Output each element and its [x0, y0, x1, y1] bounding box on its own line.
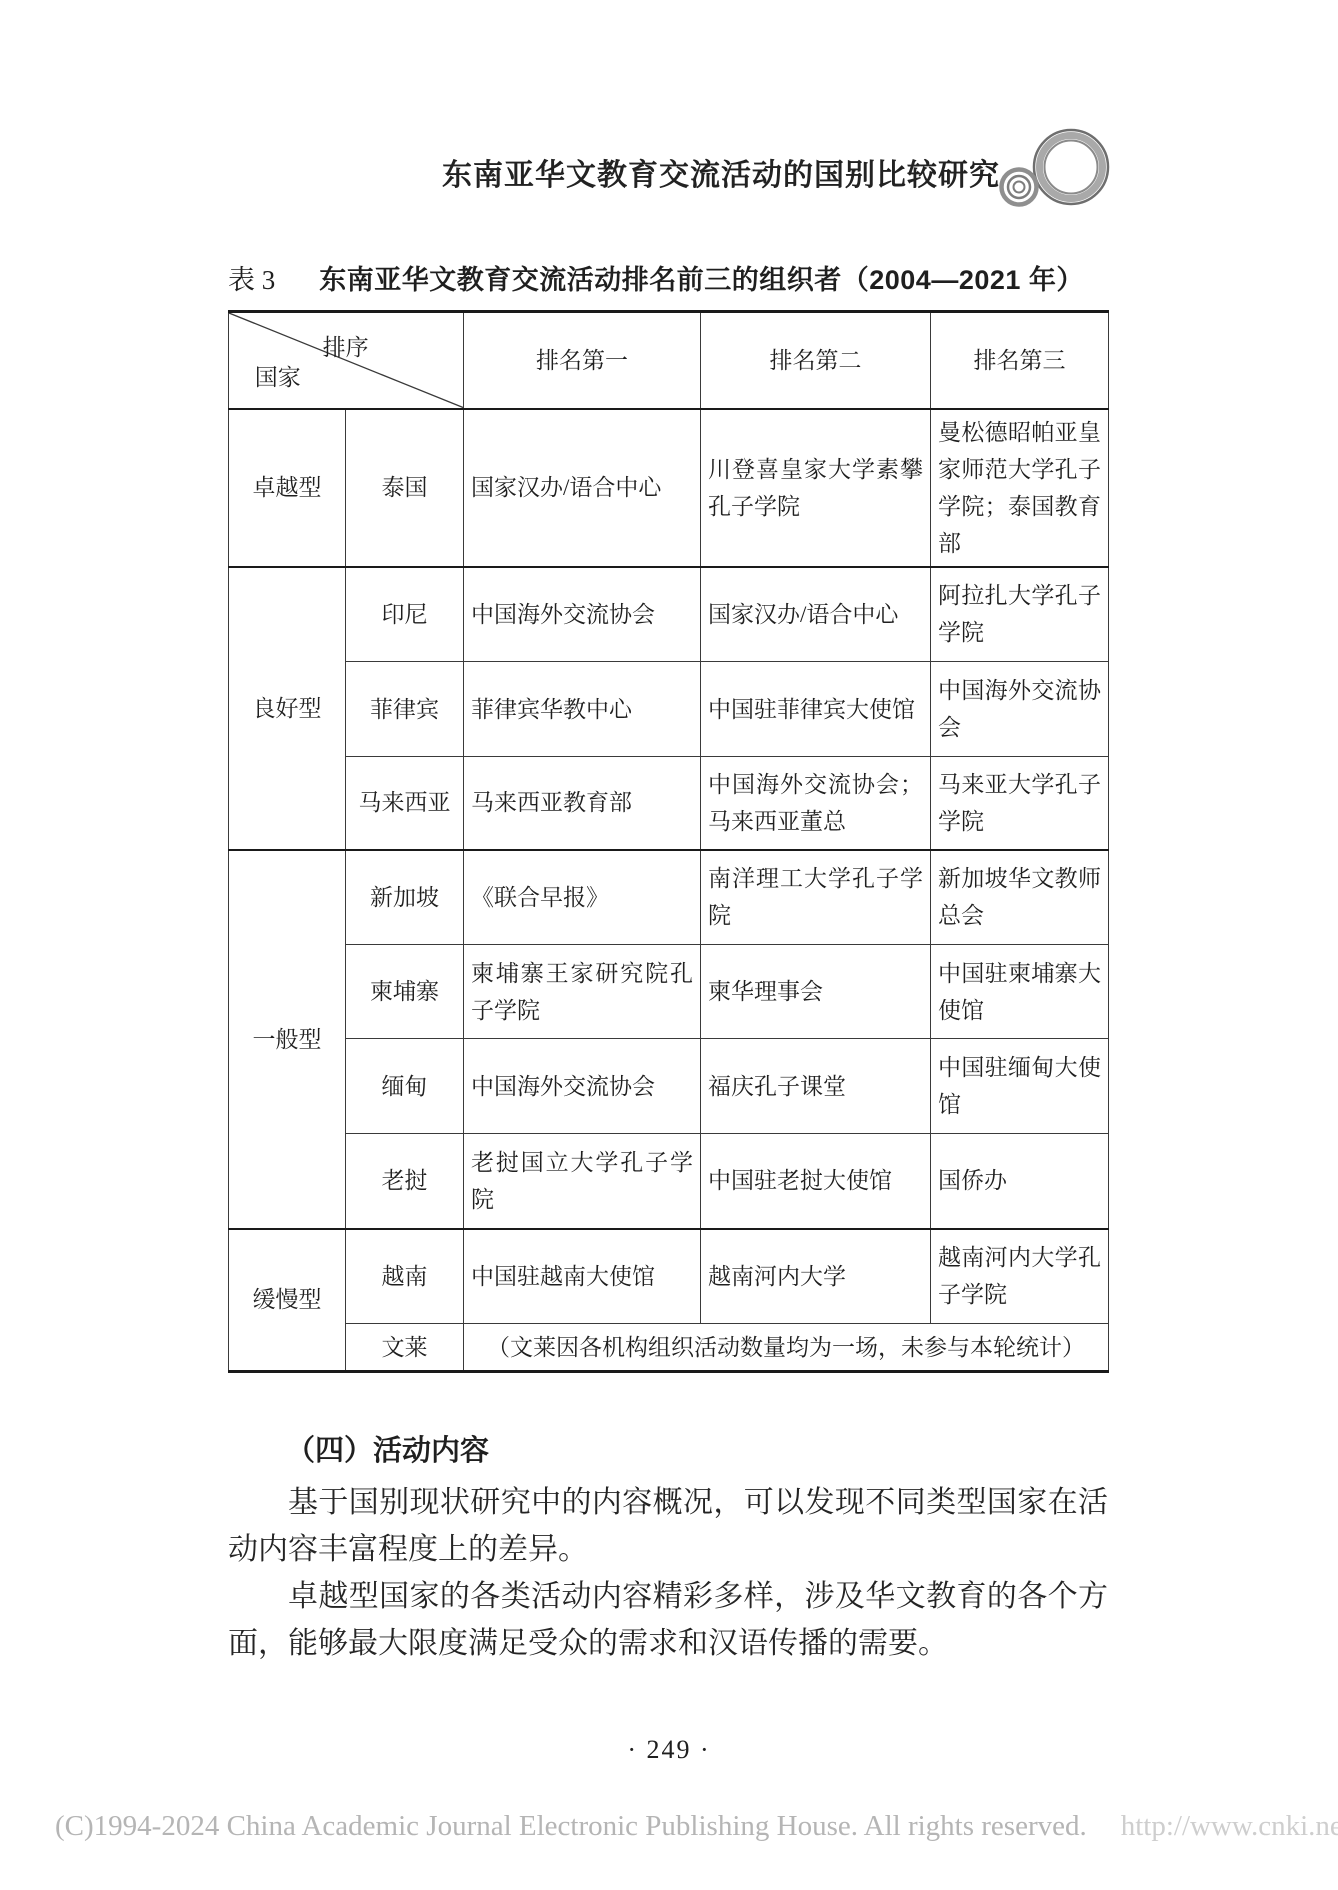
organizers-table: 排序 国家 排名第一 排名第二 排名第三 卓越型 泰国 国家汉办/语合中心 川登… — [228, 310, 1109, 1373]
corner-top-label: 排序 — [323, 329, 369, 366]
table-caption-title: 东南亚华文教育交流活动排名前三的组织者（2004—2021 年） — [319, 265, 1084, 295]
copyright-text: (C)1994-2024 China Academic Journal Elec… — [55, 1810, 1087, 1842]
rank-cell: 中国驻菲律宾大使馆 — [701, 662, 931, 757]
rings-logo-icon — [982, 110, 1114, 223]
country-cell: 越南 — [346, 1229, 464, 1324]
country-cell: 泰国 — [346, 409, 464, 567]
table-caption-label: 表 3 — [228, 265, 275, 295]
footer-url: http://www.cnki.net — [1121, 1810, 1338, 1842]
category-cell: 良好型 — [229, 567, 346, 850]
rank-cell: 国侨办 — [931, 1134, 1109, 1229]
corner-header-cell: 排序 国家 — [229, 312, 464, 409]
rank-cell: 福庆孔子课堂 — [701, 1039, 931, 1134]
rank-cell: 菲律宾华教中心 — [464, 662, 701, 757]
rank-cell: 中国驻柬埔寨大使馆 — [931, 945, 1109, 1039]
rank-cell: 中国海外交流协会 — [931, 662, 1109, 757]
country-cell: 老挝 — [346, 1134, 464, 1229]
country-cell: 文莱 — [346, 1324, 464, 1372]
category-cell: 卓越型 — [229, 409, 346, 567]
rank-cell: 马来亚大学孔子学院 — [931, 757, 1109, 850]
country-cell: 柬埔寨 — [346, 945, 464, 1039]
column-header-rank3: 排名第三 — [931, 312, 1109, 409]
rank-cell: 国家汉办/语合中心 — [701, 567, 931, 662]
rank-cell: 曼松德昭帕亚皇家师范大学孔子学院；泰国教育部 — [931, 409, 1109, 567]
paragraph: 基于国别现状研究中的内容概况，可以发现不同类型国家在活动内容丰富程度上的差异。 — [228, 1479, 1108, 1573]
page-number: · 249 · — [0, 1735, 1338, 1765]
country-cell: 马来西亚 — [346, 757, 464, 850]
country-cell: 新加坡 — [346, 850, 464, 945]
column-header-rank1: 排名第一 — [464, 312, 701, 409]
country-cell: 缅甸 — [346, 1039, 464, 1134]
rank-cell: 越南河内大学 — [701, 1229, 931, 1324]
rank-cell: 中国海外交流协会；马来西亚董总 — [701, 757, 931, 850]
rank-cell: 《联合早报》 — [464, 850, 701, 945]
rank-cell: 老挝国立大学孔子学院 — [464, 1134, 701, 1229]
rank-cell: 中国驻缅甸大使馆 — [931, 1039, 1109, 1134]
country-cell: 菲律宾 — [346, 662, 464, 757]
rank-cell: 中国海外交流协会 — [464, 1039, 701, 1134]
rank-cell: 阿拉扎大学孔子学院 — [931, 567, 1109, 662]
paragraph: 卓越型国家的各类活动内容精彩多样，涉及华文教育的各个方面，能够最大限度满足受众的… — [228, 1573, 1108, 1667]
rank-cell: 越南河内大学孔子学院 — [931, 1229, 1109, 1324]
category-cell: 缓慢型 — [229, 1229, 346, 1372]
running-head: 东南亚华文教育交流活动的国别比较研究 — [0, 150, 1000, 194]
rank-cell: 马来西亚教育部 — [464, 757, 701, 850]
rank-cell: 中国驻越南大使馆 — [464, 1229, 701, 1324]
section-heading: （四）活动内容 — [228, 1428, 1108, 1469]
table-caption: 表 3东南亚华文教育交流活动排名前三的组织者（2004—2021 年） — [228, 258, 1108, 297]
rank-cell: 南洋理工大学孔子学院 — [701, 850, 931, 945]
note-cell: （文莱因各机构组织活动数量均为一场，未参与本轮统计） — [464, 1324, 1109, 1372]
rank-cell: 柬埔寨王家研究院孔子学院 — [464, 945, 701, 1039]
rank-cell: 柬华理事会 — [701, 945, 931, 1039]
corner-bottom-label: 国家 — [255, 359, 301, 396]
country-cell: 印尼 — [346, 567, 464, 662]
category-cell: 一般型 — [229, 850, 346, 1229]
copyright-footer: (C)1994-2024 China Academic Journal Elec… — [55, 1810, 1338, 1843]
rank-cell: 川登喜皇家大学素攀孔子学院 — [701, 409, 931, 567]
rank-cell: 国家汉办/语合中心 — [464, 409, 701, 567]
rank-cell: 中国驻老挝大使馆 — [701, 1134, 931, 1229]
rank-cell: 新加坡华文教师总会 — [931, 850, 1109, 945]
rank-cell: 中国海外交流协会 — [464, 567, 701, 662]
body-text: （四）活动内容 基于国别现状研究中的内容概况，可以发现不同类型国家在活动内容丰富… — [228, 1428, 1108, 1667]
column-header-rank2: 排名第二 — [701, 312, 931, 409]
